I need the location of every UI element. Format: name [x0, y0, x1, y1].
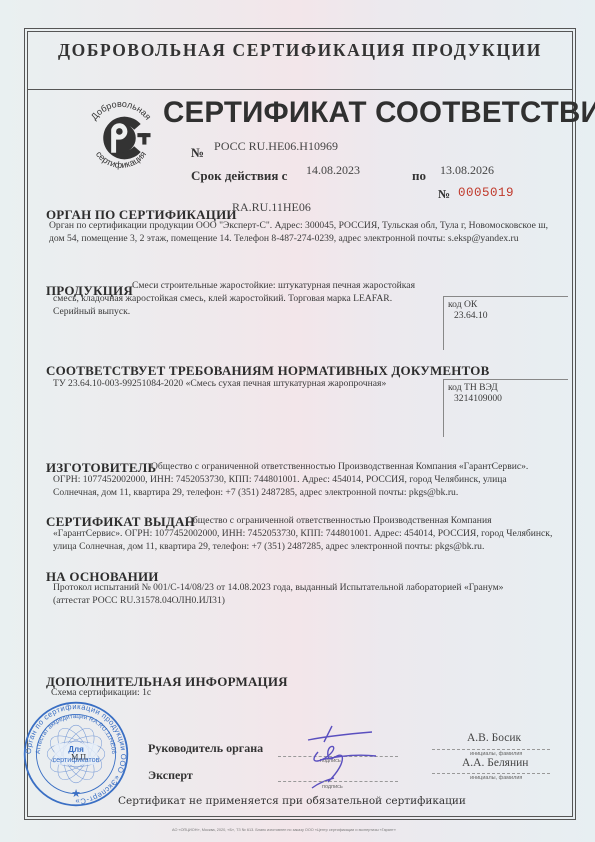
valid-from-date: 14.08.2023 [306, 163, 360, 178]
tn-ved-code-label: код ТН ВЭД [448, 383, 568, 394]
svg-text:★: ★ [71, 788, 81, 800]
ok-code-box: код ОК 23.64.10 [443, 296, 568, 350]
ok-code-value: 23.64.10 [448, 311, 568, 322]
compliance-text: ТУ 23.64.10-003-99251084-2020 «Смесь сух… [53, 377, 386, 390]
issued-to-text-first-line: Общество с ограниченной ответственностью… [186, 514, 492, 527]
valid-to-date: 13.08.2026 [440, 163, 494, 178]
expert-signature-caption: подпись [322, 784, 343, 790]
expert-name: А.А. Белянин [462, 757, 528, 769]
manufacturer-text-first-line: Общество с ограниченной ответственностью… [151, 460, 528, 473]
tn-ved-code-box: код ТН ВЭД 3214109000 [443, 379, 568, 437]
voluntary-certification-title: ДОБРОВОЛЬНАЯ СЕРТИФИКАЦИЯ ПРОДУКЦИИ [27, 40, 573, 61]
certificate-number: РОСС RU.НЕ06.Н10969 [214, 139, 338, 154]
certification-body-text: Орган по сертификации продукции ООО "Экс… [49, 219, 564, 246]
rst-logo-icon: Добровольная сертификация [80, 97, 162, 179]
ok-code-label: код ОК [448, 300, 568, 311]
mandatory-certification-note: Сертификат не применяется при обязательн… [118, 795, 466, 807]
certificate-title: СЕРТИФИКАТ СООТВЕТСТВИЯ [163, 96, 595, 130]
head-of-body-label: Руководитель органа [148, 741, 263, 756]
manufacturer-text: ОГРН: 1077452002000, ИНН: 7452053730, КП… [53, 473, 523, 500]
accreditation-number: RA.RU.11НЕ06 [232, 200, 311, 215]
product-text-first-line: Смеси строительные жаростойкие: штукатур… [132, 279, 415, 292]
svg-text:М.П.: М.П. [71, 752, 88, 761]
certification-scheme: Схема сертификации: 1с [51, 686, 151, 699]
tn-ved-code-value: 3214109000 [448, 394, 568, 405]
expert-name-line [432, 773, 550, 774]
validity-label: Срок действия с [191, 168, 287, 184]
basis-text: Протокол испытаний № 001/С-14/08/23 от 1… [53, 581, 513, 608]
expert-signature-line [278, 781, 398, 782]
valid-to-label: по [412, 168, 426, 184]
blank-serial-number: 0005019 [458, 186, 514, 200]
product-text: смесь, кладочная жаростойкая смесь, клей… [53, 292, 403, 319]
expert-name-caption: инициалы, фамилия [470, 775, 522, 781]
seal-stamp-icon: Орган по сертификации продукции ООО «Экс… [22, 700, 130, 808]
head-of-body-name: А.В. Босик [467, 732, 521, 744]
number-label: № [191, 145, 204, 161]
expert-label: Эксперт [148, 768, 193, 783]
issued-to-text: «ГарантСервис». ОГРН: 1077452002000, ИНН… [53, 527, 553, 554]
header-divider [27, 89, 573, 90]
head-name-line [432, 749, 550, 750]
printer-imprint: АО «ОПЦИОН», Москва, 2020, «Б», ТЗ № 613… [172, 828, 396, 832]
blank-number-label: № [438, 187, 450, 202]
